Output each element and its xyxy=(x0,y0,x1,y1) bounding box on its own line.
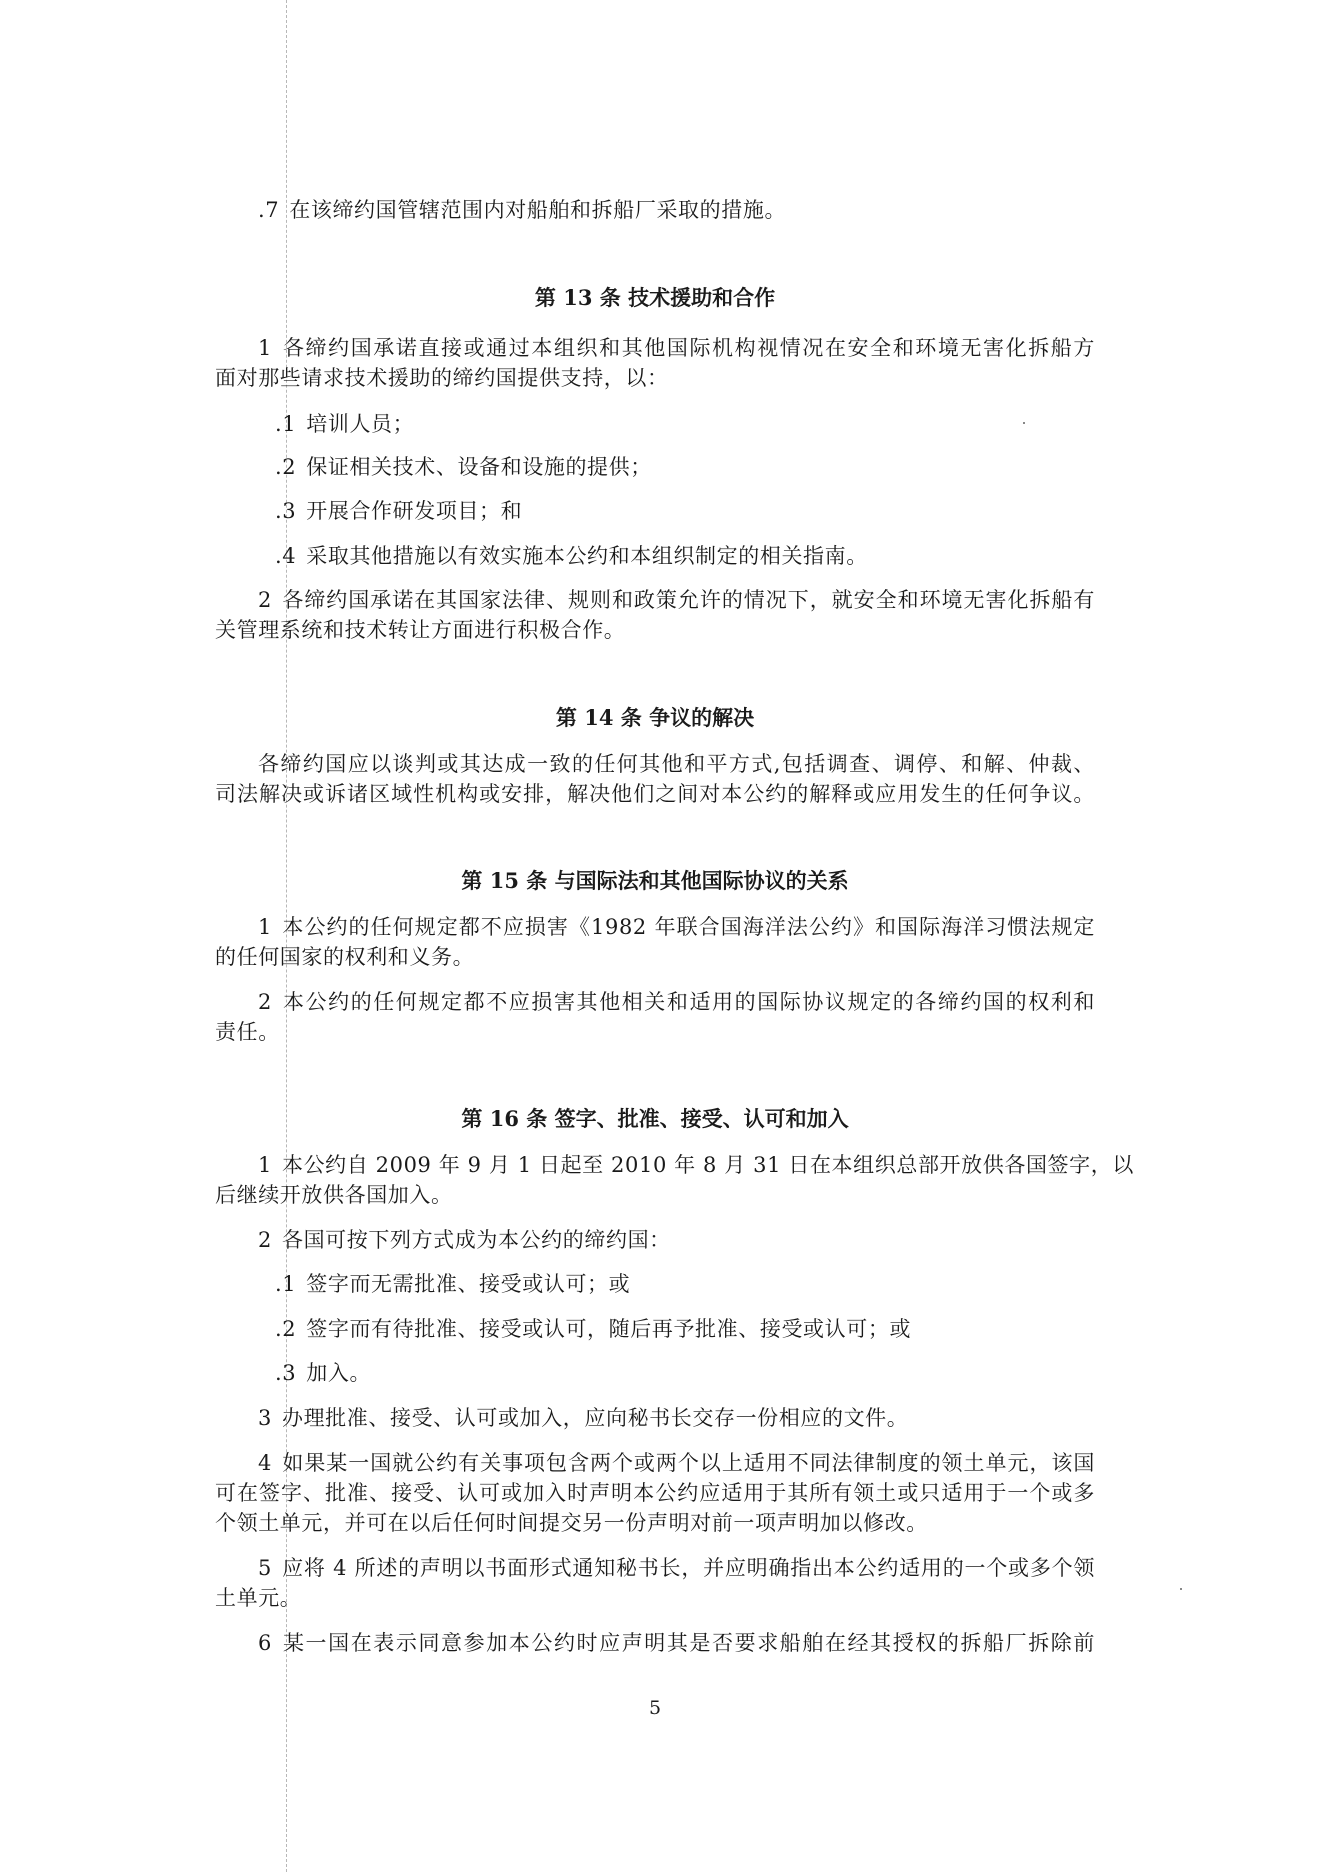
paragraph-text: 如果某一国就公约有关事项包含两个或两个以上适用不同法律制度的领土单元，该国 xyxy=(282,1451,1095,1475)
item-number: .3 xyxy=(275,496,296,526)
paragraph-text: 本公约的任何规定都不应损害其他相关和适用的国际协议规定的各缔约国的权利和 xyxy=(282,990,1095,1014)
item-number: .2 xyxy=(275,1314,296,1344)
paragraph-text: 办理批准、接受、认可或加入，应向秘书长交存一份相应的文件。 xyxy=(282,1406,908,1430)
item-text: 签字而有待批准、接受或认可，随后再予批准、接受或认可；或 xyxy=(306,1317,911,1341)
paragraph-line: 2本公约的任何规定都不应损害其他相关和适用的国际协议规定的各缔约国的权利和 xyxy=(258,987,1095,1017)
paragraph-text: 应将 4 所述的声明以书面形式通知秘书长，并应明确指出本公约适用的一个或多个领 xyxy=(282,1556,1095,1580)
paragraph-number: 1 xyxy=(258,1150,272,1180)
item-text: 在该缔约国管辖范围内对船舶和拆船厂采取的措施。 xyxy=(289,198,786,222)
article-15-heading: 第 15 条 与国际法和其他国际协议的关系 xyxy=(215,866,1095,896)
paragraph-line: 司法解决或诉诸区域性机构或安排，解决他们之间对本公约的解释或应用发生的任何争议。 xyxy=(215,779,1095,809)
paragraph-number: 2 xyxy=(258,1225,272,1255)
paragraph-line: 面对那些请求技术援助的缔约国提供支持，以： xyxy=(215,363,669,393)
paragraph-line: 1本公约的任何规定都不应损害《1982 年联合国海洋法公约》和国际海洋习惯法规定 xyxy=(258,912,1095,942)
list-item: .1签字而无需批准、接受或认可；或 xyxy=(275,1269,630,1299)
list-item: .3加入。 xyxy=(275,1358,371,1388)
item-number: .7 xyxy=(258,195,279,225)
page-number: 5 xyxy=(215,1697,1095,1719)
list-item: .2签字而有待批准、接受或认可，随后再予批准、接受或认可；或 xyxy=(275,1314,911,1344)
paragraph-line: 后继续开放供各国加入。 xyxy=(215,1180,453,1210)
article-13-heading: 第 13 条 技术援助和合作 xyxy=(215,283,1095,313)
list-item: .1培训人员； xyxy=(275,409,414,439)
paragraph-line: 1各缔约国承诺直接或通过本组织和其他国际机构视情况在安全和环境无害化拆船方 xyxy=(258,333,1095,363)
article-14-heading: 第 14 条 争议的解决 xyxy=(215,703,1095,733)
paragraph-number: 2 xyxy=(258,987,272,1017)
item-text: 采取其他措施以有效实施本公约和本组织制定的相关指南。 xyxy=(306,544,868,568)
article-16-heading: 第 16 条 签字、批准、接受、认可和加入 xyxy=(215,1104,1095,1134)
paragraph-line: 责任。 xyxy=(215,1017,280,1047)
paragraph-number: 1 xyxy=(258,912,272,942)
paragraph-text: 本公约自 2009 年 9 月 1 日起至 2010 年 8 月 31 日在本组… xyxy=(282,1153,1134,1177)
item-number: .1 xyxy=(275,1269,296,1299)
paragraph-line: 2各缔约国承诺在其国家法律、规则和政策允许的情况下，就安全和环境无害化拆船有 xyxy=(258,585,1095,615)
paragraph-text: 各缔约国承诺直接或通过本组织和其他国际机构视情况在安全和环境无害化拆船方 xyxy=(282,336,1095,360)
paragraph-line: 3办理批准、接受、认可或加入，应向秘书长交存一份相应的文件。 xyxy=(258,1403,908,1433)
paragraph-number: 3 xyxy=(258,1403,272,1433)
item-number: .4 xyxy=(275,541,296,571)
item-number: .1 xyxy=(275,409,296,439)
paragraph-number: 6 xyxy=(258,1628,272,1658)
item-text: 加入。 xyxy=(306,1361,371,1385)
paragraph-line: 可在签字、批准、接受、认可或加入时声明本公约应适用于其所有领土或只适用于一个或多 xyxy=(215,1478,1095,1508)
scan-speck xyxy=(1023,422,1025,424)
item-number: .3 xyxy=(275,1358,296,1388)
list-item: .2保证相关技术、设备和设施的提供； xyxy=(275,452,652,482)
paragraph-line: 的任何国家的权利和义务。 xyxy=(215,942,474,972)
paragraph-number: 1 xyxy=(258,333,272,363)
paragraph-text: 本公约的任何规定都不应损害《1982 年联合国海洋法公约》和国际海洋习惯法规定 xyxy=(282,915,1095,939)
paragraph-text: 各缔约国承诺在其国家法律、规则和政策允许的情况下，就安全和环境无害化拆船有 xyxy=(282,588,1095,612)
paragraph-line: 4如果某一国就公约有关事项包含两个或两个以上适用不同法律制度的领土单元，该国 xyxy=(258,1448,1095,1478)
list-item: .3开展合作研发项目；和 xyxy=(275,496,522,526)
paragraph-number: 5 xyxy=(258,1553,272,1583)
paragraph-line: 2各国可按下列方式成为本公约的缔约国： xyxy=(258,1225,671,1255)
paragraph-text: 各国可按下列方式成为本公约的缔约国： xyxy=(282,1228,671,1252)
scan-speck xyxy=(1180,1588,1182,1590)
paragraph-line: 1本公约自 2009 年 9 月 1 日起至 2010 年 8 月 31 日在本… xyxy=(258,1150,1095,1180)
item-number: .2 xyxy=(275,452,296,482)
item-text: 培训人员； xyxy=(306,412,414,436)
paragraph-line: 5应将 4 所述的声明以书面形式通知秘书长，并应明确指出本公约适用的一个或多个领 xyxy=(258,1553,1095,1583)
paragraph-text: 某一国在表示同意参加本公约时应声明其是否要求船舶在经其授权的拆船厂拆除前 xyxy=(282,1631,1095,1655)
item-text: 保证相关技术、设备和设施的提供； xyxy=(306,455,652,479)
list-item: .7在该缔约国管辖范围内对船舶和拆船厂采取的措施。 xyxy=(258,195,786,225)
paragraph-line: 个领土单元，并可在以后任何时间提交另一份声明对前一项声明加以修改。 xyxy=(215,1508,928,1538)
paragraph-line: 各缔约国应以谈判或其达成一致的任何其他和平方式,包括调查、调停、和解、仲裁、 xyxy=(258,749,1095,779)
paragraph-line: 6某一国在表示同意参加本公约时应声明其是否要求船舶在经其授权的拆船厂拆除前 xyxy=(258,1628,1095,1658)
paragraph-line: 土单元。 xyxy=(215,1583,301,1613)
paragraph-number: 2 xyxy=(258,585,272,615)
paragraph-number: 4 xyxy=(258,1448,272,1478)
paragraph-line: 关管理系统和技术转让方面进行积极合作。 xyxy=(215,615,625,645)
item-text: 开展合作研发项目；和 xyxy=(306,499,522,523)
item-text: 签字而无需批准、接受或认可；或 xyxy=(306,1272,630,1296)
list-item: .4采取其他措施以有效实施本公约和本组织制定的相关指南。 xyxy=(275,541,868,571)
